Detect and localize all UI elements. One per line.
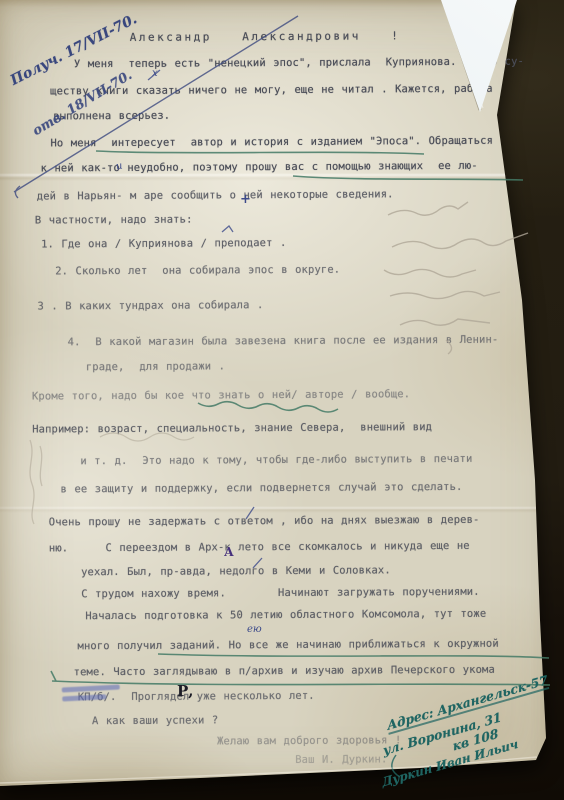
typed-line: уехал. Был, пр-авда, недолго в Кеми и Со… bbox=[81, 564, 391, 578]
typed-line: Например: возраст, специальность, знание… bbox=[32, 421, 432, 435]
typed-line: 4. В какой магазин была завезена книга п… bbox=[68, 334, 499, 349]
typed-line: Началась подготовка к 50 летию областног… bbox=[85, 608, 486, 622]
typed-signature: Ваш И. Дуркин. bbox=[295, 753, 387, 766]
typed-line: Но меня интересует автор и история с изд… bbox=[50, 135, 493, 150]
typed-line: к ней как-то неудобно, поэтому прошу вас… bbox=[41, 160, 478, 175]
typed-line: 3 . В каких тундрах она собирала . bbox=[37, 299, 263, 312]
typed-line: дей в Нарьян- м аре сообщить о ней некот… bbox=[37, 188, 394, 202]
scanned-letter-scene: Александр Александрович ! У меня теперь … bbox=[0, 0, 564, 800]
letter-salutation: Александр Александрович ! bbox=[130, 29, 401, 44]
ink-correction-x: х bbox=[152, 68, 158, 79]
typed-line: в ее защиту и поддержку, если подвернетс… bbox=[61, 481, 463, 495]
typed-line: и т. д. Это надо к тому, чтобы где-либо … bbox=[80, 453, 472, 467]
typed-line: А как ваши успехи ? bbox=[92, 714, 218, 727]
typed-line: С трудом нахожу время. Начинают загружат… bbox=[81, 586, 480, 600]
ink-correction-plus: + bbox=[240, 192, 251, 207]
typed-line: граде, для продажи . bbox=[86, 360, 225, 373]
ink-correction-r: Р, bbox=[177, 682, 194, 700]
typed-line: В частности, надо знать: bbox=[35, 214, 193, 227]
ink-correction-eyu: ею bbox=[247, 624, 262, 635]
typed-line: У меня теперь есть "ненецкий эпос", прис… bbox=[74, 56, 524, 71]
typed-line: теме. Часто заглядываю в п/архив и изуча… bbox=[74, 664, 495, 679]
typed-line: 1. Где она / Куприянова / преподает . bbox=[41, 237, 286, 250]
typed-line: много получил заданий. Но все же начинаю… bbox=[77, 638, 498, 653]
typed-line: 2. Сколько лет она собирала эпос в округ… bbox=[55, 264, 340, 278]
typed-line: ню. С переездом в Арх-к лето все скомкал… bbox=[49, 540, 470, 555]
typed-line: Очень прошу не задержать с ответом , ибо… bbox=[49, 514, 480, 529]
typed-text-layer: Александр Александрович ! У меня теперь … bbox=[0, 0, 564, 800]
typed-closing: Желаю вам доброго здоровья ! bbox=[217, 734, 401, 747]
typed-line: Кроме того, надо бы кое что знать о ней/… bbox=[32, 388, 410, 402]
ink-correction-a: А bbox=[224, 545, 234, 559]
